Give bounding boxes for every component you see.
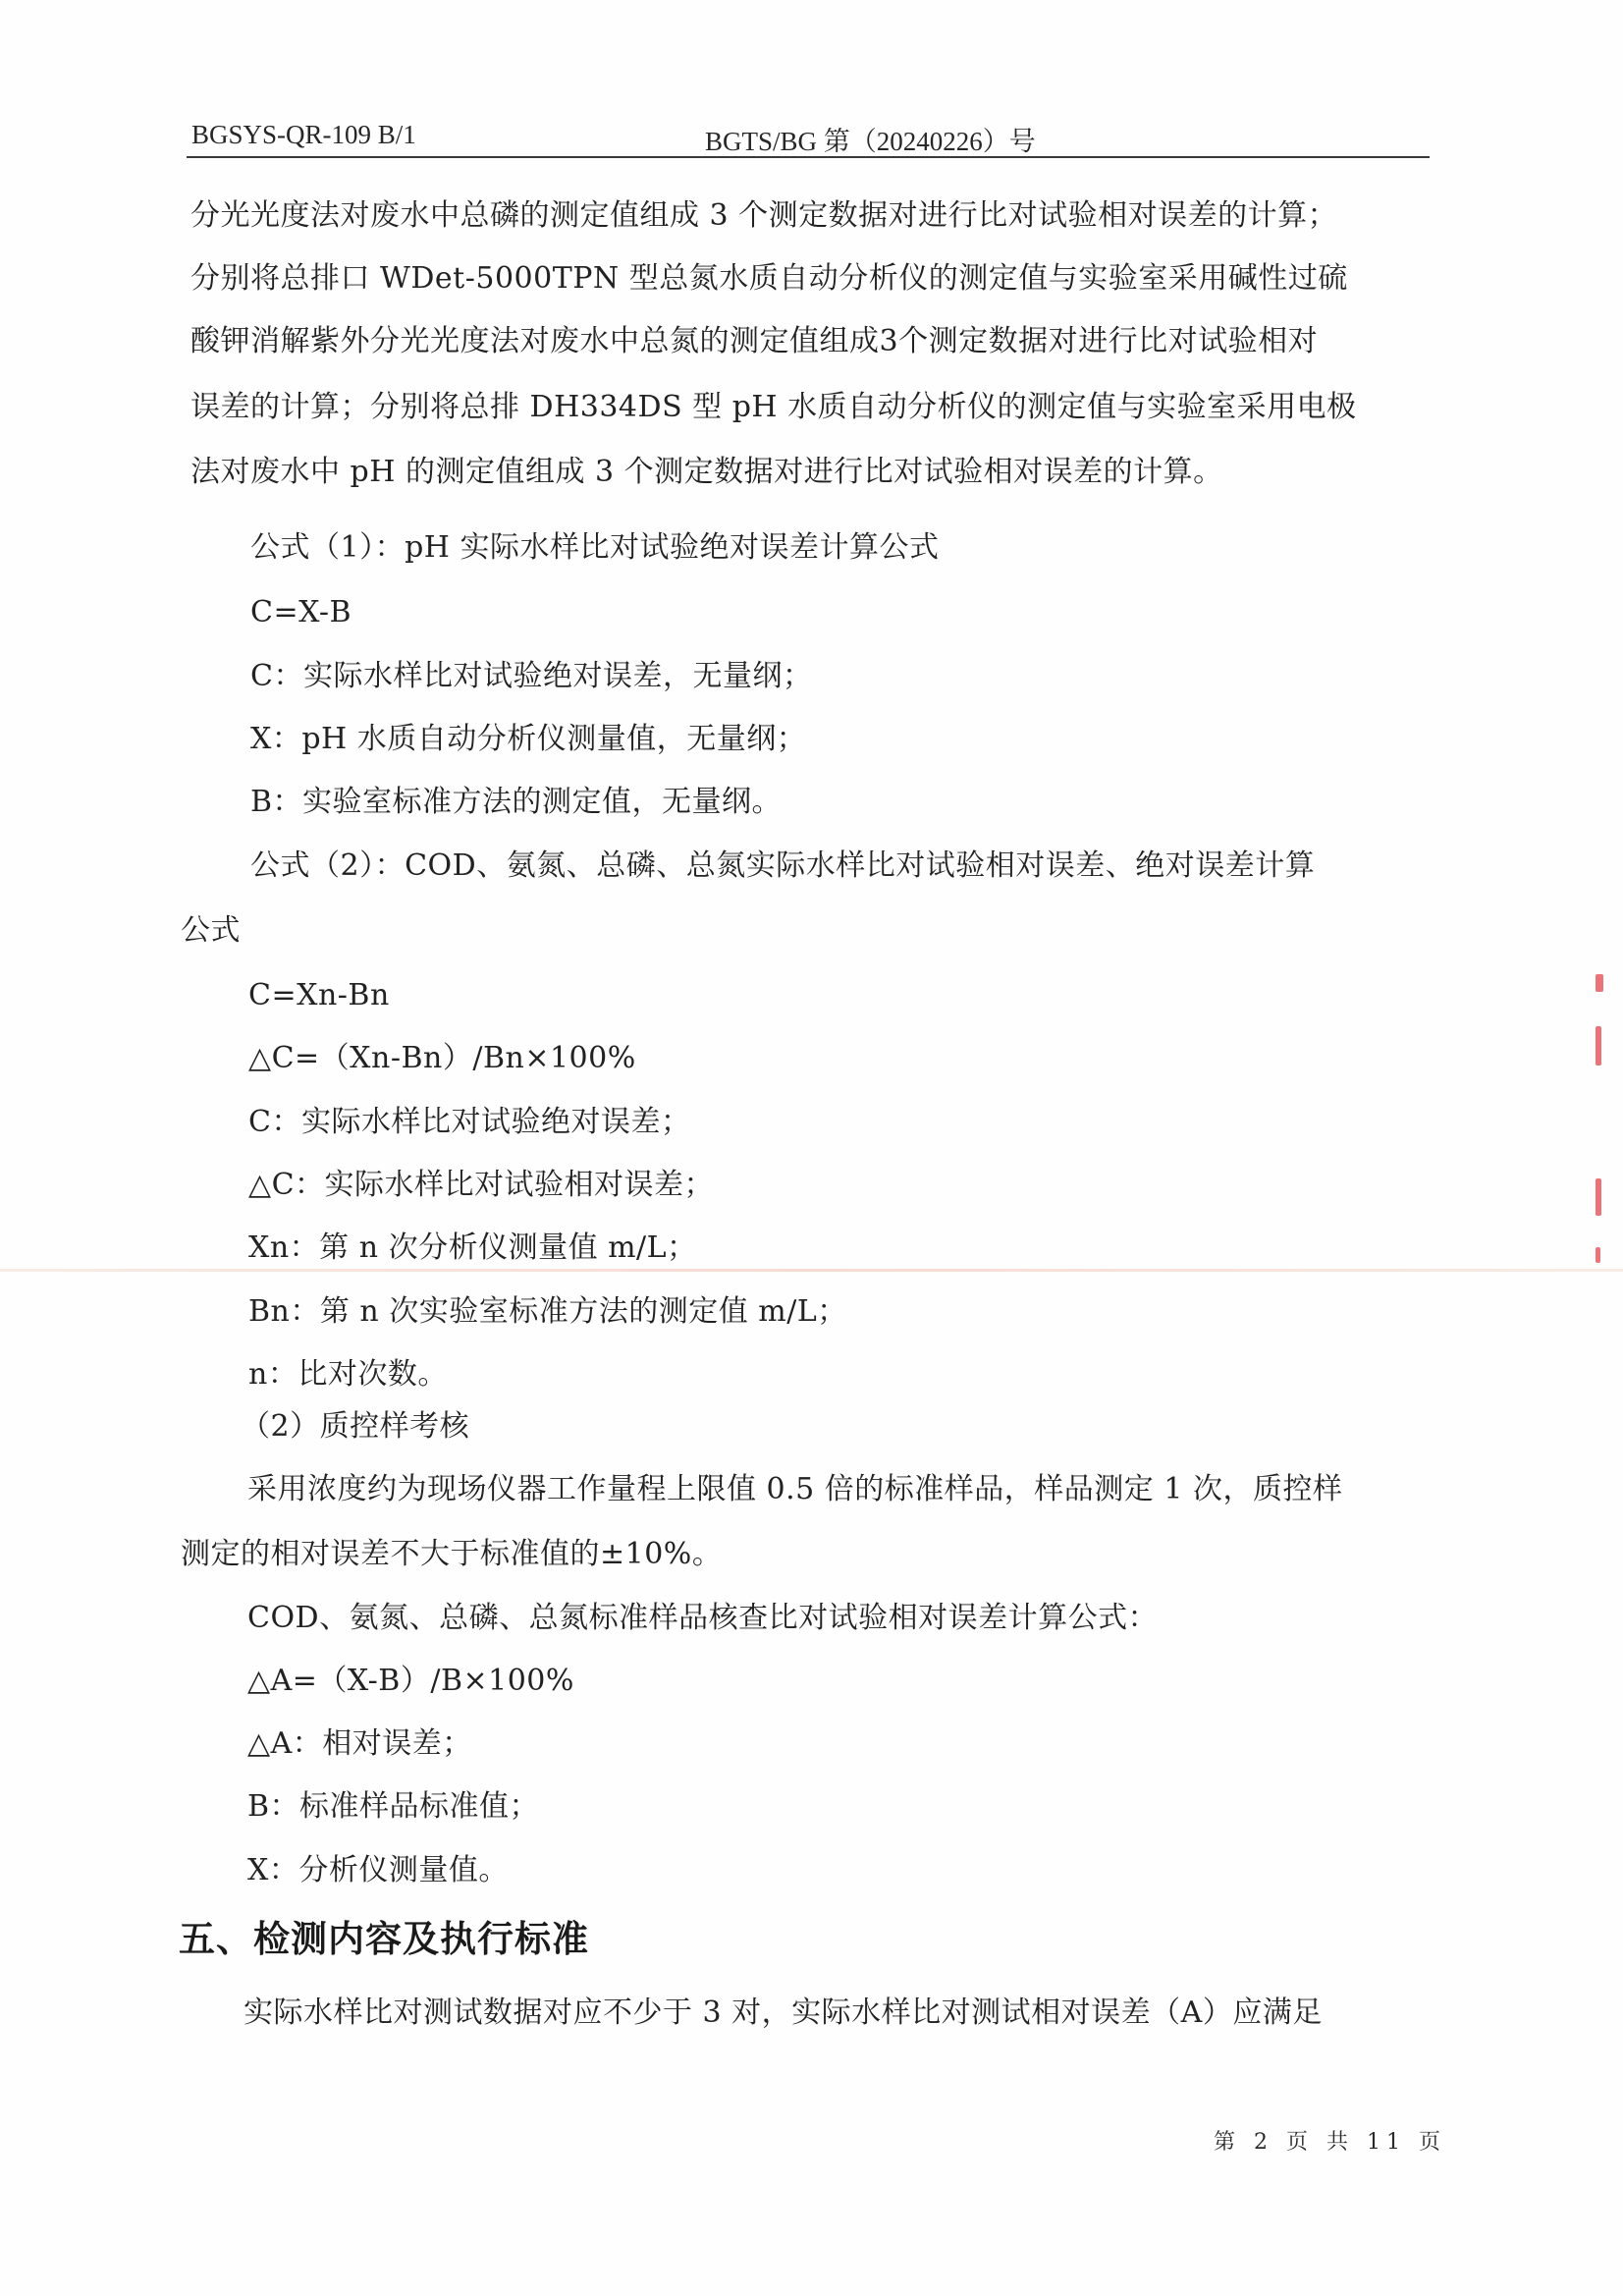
form-code: BGSYS-QR-109 B/1 bbox=[191, 120, 416, 150]
seal-stamp-fragment bbox=[1596, 1026, 1601, 1066]
formula2-definition: n：比对次数。 bbox=[248, 1355, 448, 1394]
formula2-definition: C：实际水样比对试验绝对误差； bbox=[248, 1103, 690, 1142]
section5-text-line: 实际水样比对测试数据对应不少于 3 对，实际水样比对测试相对误差（A）应满足 bbox=[243, 1994, 1323, 2033]
qc-text-line: 测定的相对误差不大于标准值的±10%。 bbox=[181, 1535, 722, 1574]
formula2-definition: Bn：第 n 次实验室标准方法的测定值 m/L； bbox=[248, 1292, 847, 1332]
qc-text-line: 采用浓度约为现场仪器工作量程上限值 0.5 倍的标准样品，样品测定 1 次，质控… bbox=[247, 1470, 1342, 1509]
formula2-title: 公式（2）：COD、氨氮、总磷、总氮实际水样比对试验相对误差、绝对误差计算 bbox=[250, 847, 1315, 886]
paragraph-line: 酸钾消解紫外分光光度法对废水中总氮的测定值组成3个测定数据对进行比对试验相对 bbox=[190, 322, 1318, 361]
formula2-definition: △C：实际水样比对试验相对误差； bbox=[248, 1166, 714, 1205]
qc-section-title: （2）质控样考核 bbox=[241, 1407, 469, 1447]
seal-stamp-fragment bbox=[1596, 1247, 1600, 1263]
scan-crease-line bbox=[0, 1269, 1623, 1272]
formula1-equation: C=X-B bbox=[250, 593, 352, 632]
formula2-title-cont: 公式 bbox=[181, 911, 241, 951]
seal-stamp-fragment bbox=[1596, 974, 1603, 992]
document-page: BGSYS-QR-109 B/1 BGTS/BG 第（20240226）号 分光… bbox=[0, 0, 1623, 2296]
formula1-definition: X：pH 水质自动分析仪测量值，无量纲； bbox=[250, 720, 806, 759]
paragraph-line: 分别将总排口 WDet-5000TPN 型总氮水质自动分析仪的测定值与实验室采用… bbox=[190, 259, 1348, 299]
page-header: BGSYS-QR-109 B/1 BGTS/BG 第（20240226）号 bbox=[189, 116, 1429, 157]
header-divider bbox=[187, 156, 1430, 158]
formula2-equation-absolute: C=Xn-Bn bbox=[248, 976, 390, 1015]
section-heading: 五、检测内容及执行标准 bbox=[179, 1917, 589, 1962]
formula2-definition: Xn：第 n 次分析仪测量值 m/L； bbox=[248, 1229, 697, 1268]
paragraph-line: 误差的计算；分别将总排 DH334DS 型 pH 水质自动分析仪的测定值与实验室… bbox=[190, 388, 1357, 427]
qc-definition: △A：相对误差； bbox=[247, 1724, 472, 1764]
formula2-equation-relative: △C=（Xn-Bn）/Bn×100% bbox=[248, 1039, 636, 1078]
formula1-title: 公式（1）：pH 实际水样比对试验绝对误差计算公式 bbox=[250, 528, 940, 568]
paragraph-line: 法对废水中 pH 的测定值组成 3 个测定数据对进行比对试验相对误差的计算。 bbox=[190, 453, 1223, 492]
formula1-definition: B：实验室标准方法的测定值，无量纲。 bbox=[250, 783, 782, 822]
qc-definition: B：标准样品标准值； bbox=[247, 1787, 539, 1827]
qc-equation: △A=（X-B）/B×100% bbox=[247, 1662, 574, 1701]
paragraph-line: 分光光度法对废水中总磷的测定值组成 3 个测定数据对进行比对试验相对误差的计算； bbox=[190, 196, 1337, 236]
report-number: BGTS/BG 第（20240226）号 bbox=[705, 120, 1036, 158]
seal-stamp-fragment bbox=[1596, 1178, 1601, 1216]
qc-definition: X：分析仪测量值。 bbox=[247, 1851, 509, 1890]
qc-formula-title: COD、氨氮、总磷、总氮标准样品核查比对试验相对误差计算公式： bbox=[247, 1599, 1158, 1638]
formula1-definition: C：实际水样比对试验绝对误差，无量纲； bbox=[250, 657, 812, 696]
page-indicator: 第 2 页 共 11 页 bbox=[1214, 2125, 1446, 2156]
